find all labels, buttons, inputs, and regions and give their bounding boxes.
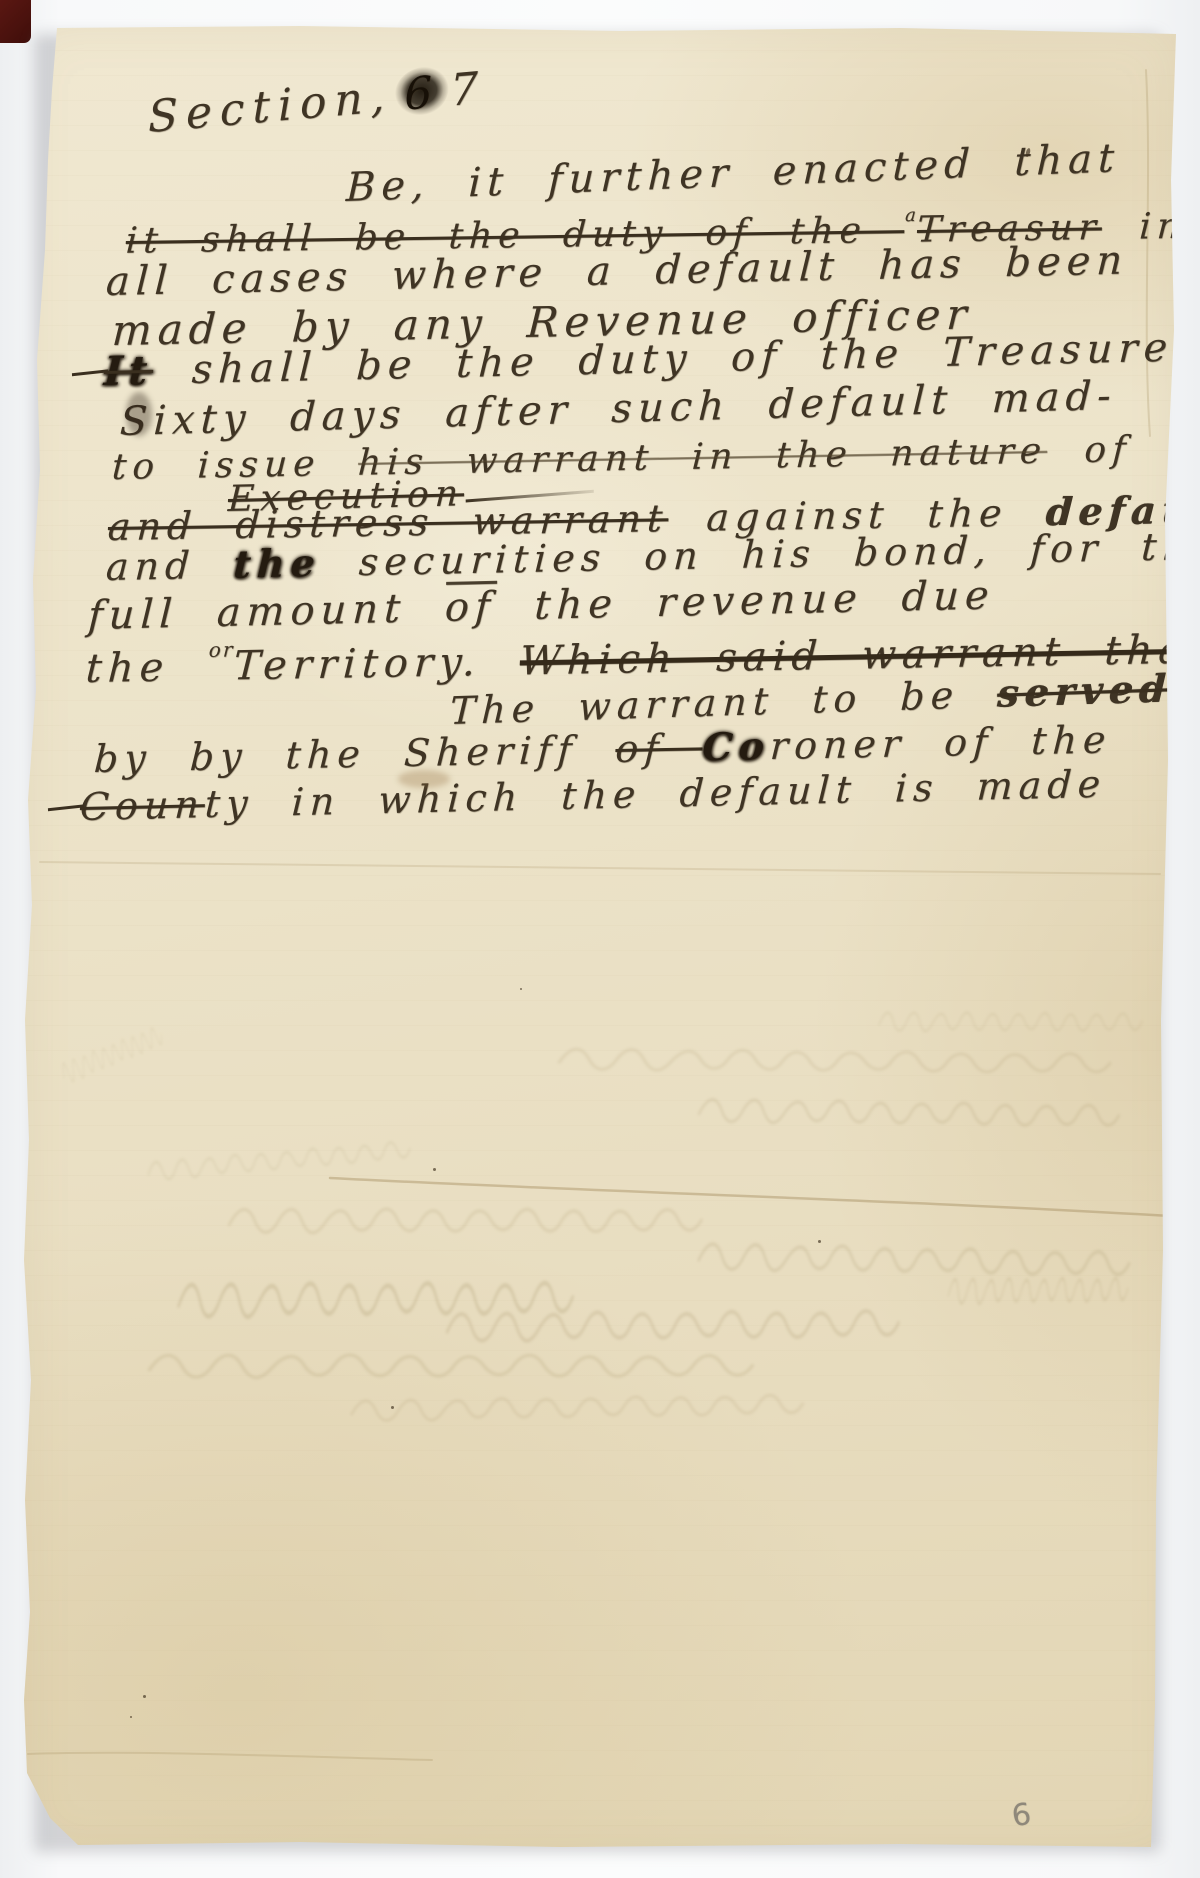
scan-corner-artifact bbox=[0, 0, 31, 43]
struck-text: Coun bbox=[79, 782, 206, 829]
struck-text: of bbox=[614, 725, 703, 771]
handwritten-text: full amount bbox=[87, 585, 446, 639]
handwritten-text: roner of the bbox=[769, 717, 1113, 768]
inserted-superscript: or bbox=[208, 637, 235, 661]
paper-speck bbox=[433, 1168, 436, 1171]
struck-text: served bbox=[996, 665, 1172, 716]
handwritten-text: of bbox=[1046, 429, 1133, 472]
ink-blot: 6 bbox=[404, 70, 441, 117]
page-root: Section,67 Be, it further enacted that i… bbox=[0, 0, 1200, 1878]
pencil-page-number: 6 bbox=[1010, 1797, 1034, 1834]
manuscript-paper: Section,67 Be, it further enacted that i… bbox=[0, 0, 1200, 1878]
paper-speck bbox=[130, 1716, 132, 1718]
handwritten-text: and bbox=[105, 543, 235, 589]
ink-smudge bbox=[398, 770, 450, 788]
handwritten-text: the revenue due bbox=[495, 572, 996, 629]
handwritten-text: Territory. bbox=[232, 638, 521, 689]
paper-speck bbox=[391, 1406, 394, 1409]
handwritten-text: Be, it further enacted that bbox=[345, 135, 1121, 211]
handwritten-text: by by the Sheriff bbox=[93, 727, 617, 781]
blotted-struck-word: It bbox=[103, 347, 154, 395]
overlined-word: of bbox=[444, 584, 497, 631]
blotted-word: Co bbox=[701, 723, 771, 769]
section-number: 7 bbox=[450, 62, 487, 116]
manuscript-line: Be, it further enacted that bbox=[345, 138, 1120, 208]
crossed-out-number: 6 bbox=[404, 66, 441, 120]
blotted-word: the bbox=[232, 540, 322, 587]
handwritten-text: the bbox=[85, 644, 210, 692]
paper-speck bbox=[520, 988, 522, 990]
paper-speck bbox=[143, 1695, 146, 1698]
section-heading: Section,67 bbox=[148, 66, 487, 140]
paper-speck bbox=[818, 1240, 821, 1243]
ink-smear bbox=[126, 392, 152, 436]
heading-text: Section, bbox=[148, 71, 393, 144]
